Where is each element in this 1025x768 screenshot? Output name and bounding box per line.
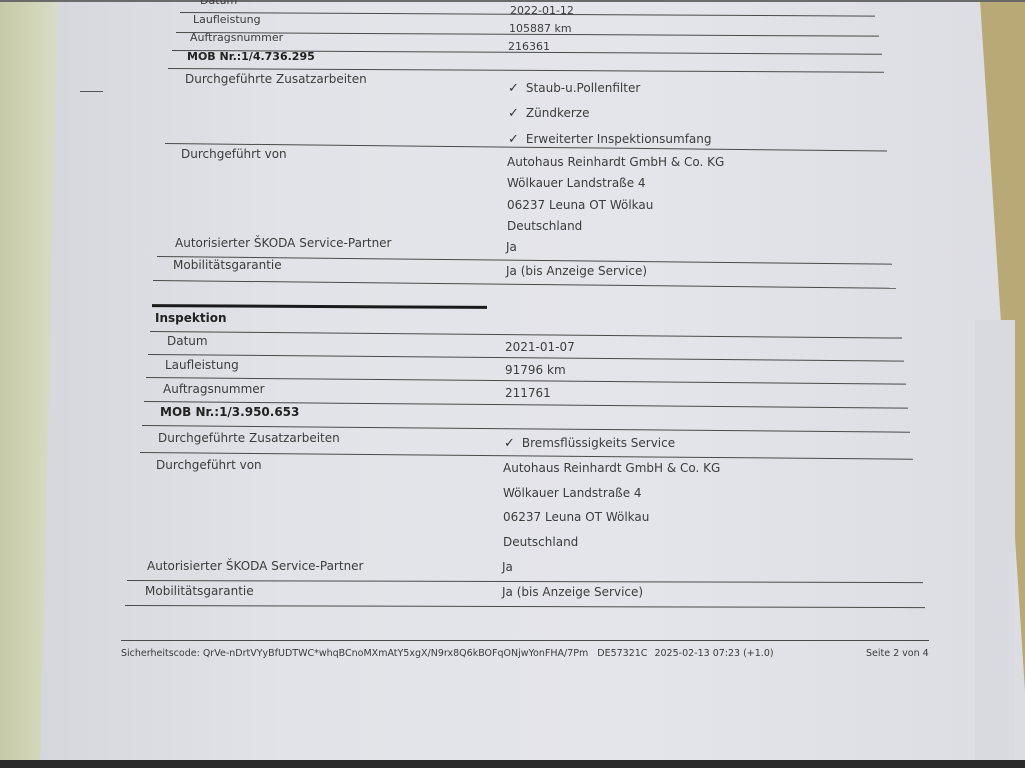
prev-auftragsnummer-label: Auftragsnummer	[190, 31, 283, 44]
prev-datum-label: Datum	[200, 0, 237, 7]
prev-mobilitaetsgarantie-label: Mobilitätsgarantie	[173, 258, 282, 272]
divider	[153, 280, 896, 289]
dealer-country: Deutschland	[503, 535, 578, 549]
mobilitaetsgarantie-value: Ja (bis Anzeige Service)	[502, 585, 643, 599]
mobilitaetsgarantie-label: Mobilitätsgarantie	[145, 584, 254, 598]
auftragsnummer-value: 211761	[505, 386, 551, 400]
divider	[125, 605, 925, 608]
datum-label: Datum	[167, 334, 208, 348]
zusatzarbeiten-label: Durchgeführte Zusatzarbeiten	[158, 431, 340, 445]
divider	[150, 331, 902, 339]
bottom-edge-shadow	[0, 760, 1025, 768]
dealer-street: Wölkauer Landstraße 4	[503, 486, 642, 500]
prev-laufleistung-label: Laufleistung	[193, 13, 261, 26]
prev-dealer-street: Wölkauer Landstraße 4	[507, 176, 646, 190]
section-rule	[152, 304, 487, 309]
security-code: QrVe-nDrtVYyBfUDTWC*whqBCnoMXmAtY5xgX/N9…	[203, 648, 588, 659]
prev-dealer-name: Autohaus Reinhardt GmbH & Co. KG	[507, 155, 724, 169]
prev-zusatzarbeit-item: ✓Zündkerze	[508, 106, 589, 121]
durchgefuehrt-von-label: Durchgeführt von	[156, 458, 262, 472]
prev-mob-number: MOB Nr.:1/4.736.295	[187, 50, 315, 63]
prev-durchgefuehrt-von-label: Durchgeführt von	[181, 147, 287, 161]
checkmark-icon: ✓	[508, 106, 519, 121]
section-title-inspektion: Inspektion	[155, 311, 227, 325]
service-record-page: Datum 2022-01-12 Laufleistung 105887 km …	[0, 0, 1025, 768]
checkmark-icon: ✓	[504, 436, 515, 451]
prev-zusatzarbeit-item: ✓Erweiterter Inspektionsumfang	[508, 132, 712, 147]
prev-zusatzarbeiten-label: Durchgeführte Zusatzarbeiten	[185, 72, 367, 86]
page-number: Seite 2 von 4	[866, 648, 929, 659]
checkmark-icon: ✓	[508, 132, 519, 147]
divider	[127, 580, 923, 583]
datum-value: 2021-01-07	[505, 340, 575, 354]
prev-datum-value: 2022-01-12	[510, 4, 574, 17]
prev-zusatzarbeit-item: ✓Staub-u.Pollenfilter	[508, 81, 640, 96]
prev-service-partner-label: Autorisierter ŠKODA Service-Partner	[175, 236, 392, 250]
auftragsnummer-label: Auftragsnummer	[163, 382, 265, 396]
footer-rule	[121, 640, 929, 641]
prev-service-partner-value: Ja	[506, 240, 517, 254]
prev-dealer-country: Deutschland	[507, 219, 582, 233]
security-code-label: Sicherheitscode:	[121, 648, 200, 659]
laufleistung-label: Laufleistung	[165, 358, 239, 372]
divider	[148, 354, 904, 362]
footer-security: Sicherheitscode: QrVe-nDrtVYyBfUDTWC*whq…	[121, 648, 774, 659]
prev-dealer-city: 06237 Leuna OT Wölkau	[507, 198, 653, 212]
dealer-name: Autohaus Reinhardt GmbH & Co. KG	[503, 461, 720, 475]
mob-number: MOB Nr.:1/3.950.653	[160, 405, 299, 419]
service-partner-value: Ja	[502, 560, 513, 574]
service-partner-label: Autorisierter ŠKODA Service-Partner	[147, 559, 364, 573]
print-timestamp: 2025-02-13 07:23 (+1.0)	[654, 648, 773, 659]
prev-mobilitaetsgarantie-value: Ja (bis Anzeige Service)	[506, 264, 647, 278]
dealer-city: 06237 Leuna OT Wölkau	[503, 510, 649, 524]
zusatzarbeit-item: ✓Bremsflüssigkeits Service	[504, 436, 675, 451]
laufleistung-value: 91796 km	[505, 363, 566, 377]
dealer-code: DE57321C	[597, 648, 647, 659]
checkmark-icon: ✓	[508, 81, 519, 96]
